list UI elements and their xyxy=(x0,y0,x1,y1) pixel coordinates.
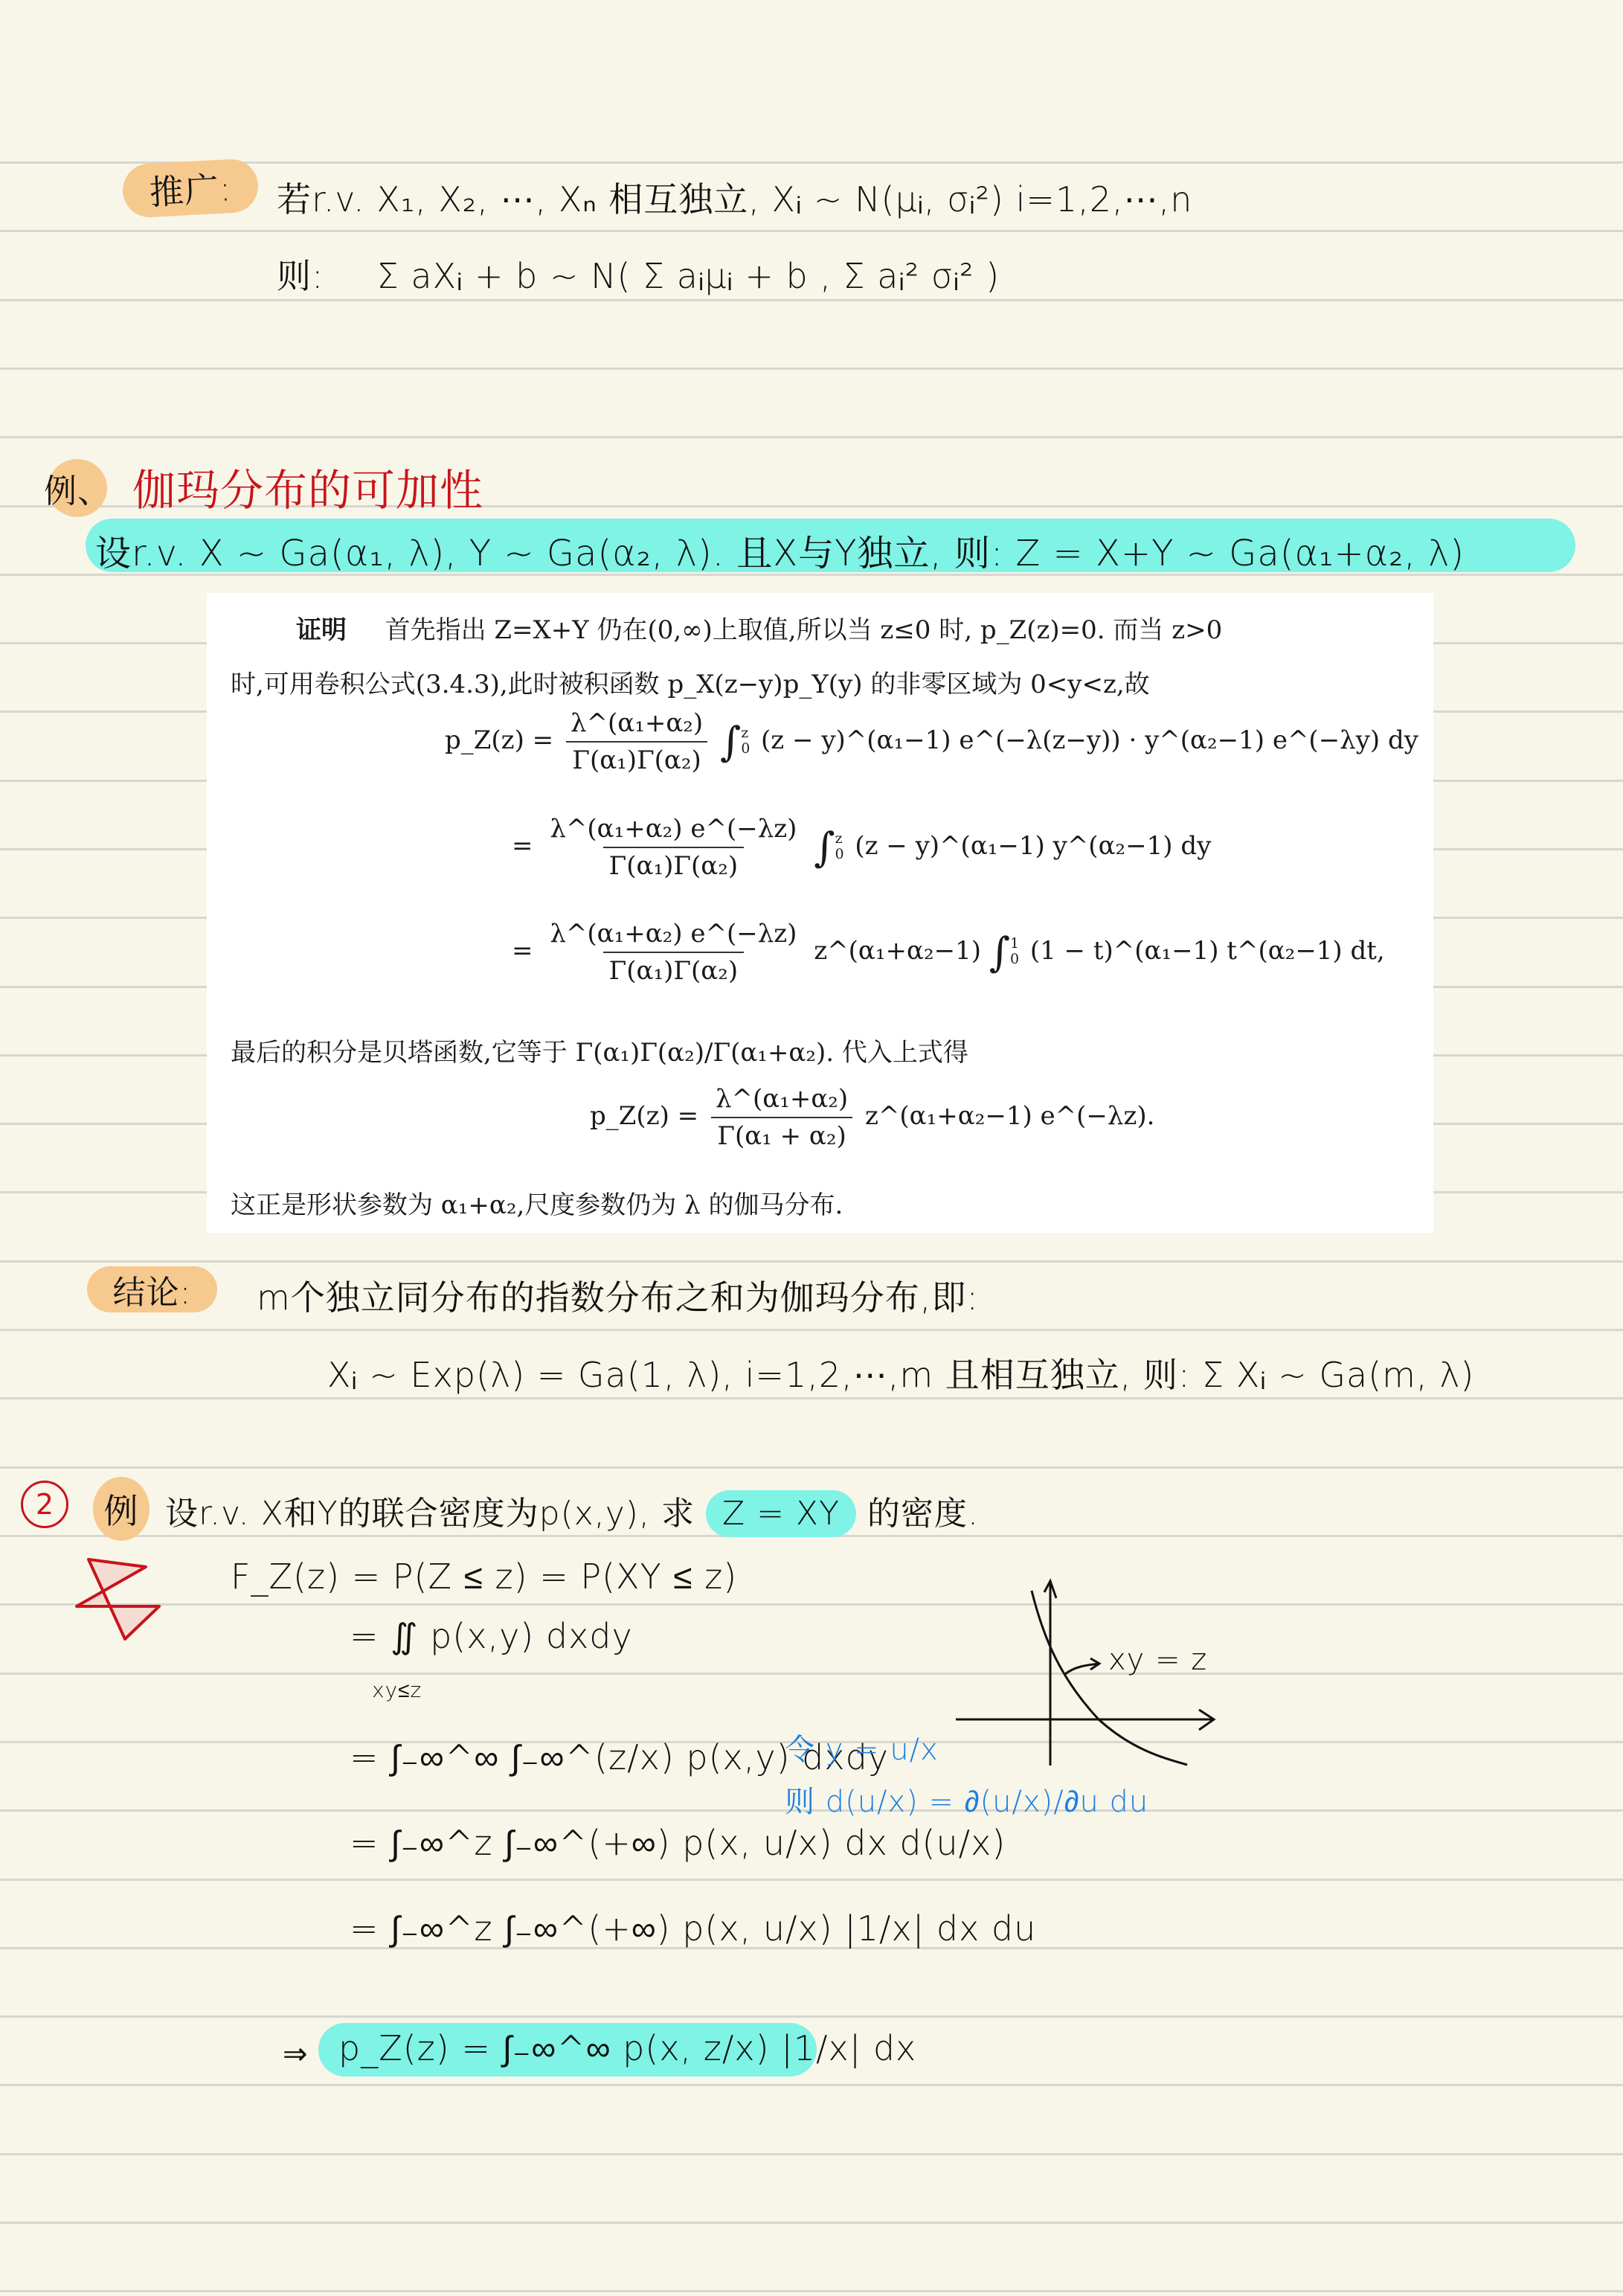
conclusion-line1: m个独立同分布的指数分布之和为伽玛分布,即: xyxy=(257,1271,979,1320)
ruled-line xyxy=(0,2290,1623,2292)
implies-arrow: ⇒ xyxy=(283,2037,309,2071)
ruled-line xyxy=(0,2222,1623,2224)
proof-paragraph-4: 这正是形状参数为 α₁+α₂,尺度参数仍为 λ 的伽马分布. xyxy=(231,1184,843,1221)
example-title: 伽玛分布的可加性 xyxy=(132,455,483,518)
proof-equation-4: p_Z(z) = λ^(α₁+α₂)Γ(α₁ + α₂) z^(α₁+α₂−1)… xyxy=(590,1084,1154,1151)
proof-paragraph-1: 首先指出 Z=X+Y 仍在(0,∞)上取值,所以当 z≤0 时, p_Z(z)=… xyxy=(385,615,1223,645)
example2-tag: 例 xyxy=(93,1477,150,1541)
proof-equation-1: p_Z(z) = λ^(α₁+α₂)Γ(α₁)Γ(α₂) ∫z0 (z − y)… xyxy=(445,708,1418,775)
generalization-line1: 若r.v. X₁, X₂, ⋯, Xₙ 相互独立, Xᵢ ~ N(μᵢ, σᵢ²… xyxy=(277,173,1192,222)
ruled-line xyxy=(0,2016,1623,2018)
target-variable-highlight: Z = XY xyxy=(706,1490,856,1537)
proof-paragraph-2: 时,可用卷积公式(3.4.3),此时被积函数 p_X(z−y)p_Y(y) 的非… xyxy=(231,664,1150,700)
derivation-step-2-domain: xy≤z xyxy=(372,1678,422,1702)
ruled-line xyxy=(0,1260,1623,1263)
derivation-step-1: F_Z(z) = P(Z ≤ z) = P(XY ≤ z) xyxy=(231,1556,737,1597)
conclusion-tag: 结论: xyxy=(87,1266,217,1312)
ruled-line xyxy=(0,1329,1623,1331)
circled-number-icon: 2 xyxy=(21,1481,68,1528)
ruled-line xyxy=(0,368,1623,370)
linear-combination-formula: Σ aXᵢ + b ~ N( Σ aᵢμᵢ + b , Σ aᵢ² σᵢ² ) xyxy=(377,256,1000,296)
conclusion-line2: Xᵢ ~ Exp(λ) = Ga(1, λ), i=1,2,⋯,m 且相互独立,… xyxy=(327,1348,1474,1397)
example-tag: 例、 xyxy=(48,459,107,517)
ruled-line xyxy=(0,1879,1623,1881)
star-icon xyxy=(71,1555,167,1644)
generalization-line2: 则: Σ aXᵢ + b ~ N( Σ aᵢμᵢ + b , Σ aᵢ² σᵢ²… xyxy=(277,249,1000,298)
proof-equation-2: = λ^(α₁+α₂) e^(−λz)Γ(α₁)Γ(α₂) ∫z0 (z − y… xyxy=(512,814,1211,881)
ruled-line xyxy=(0,2084,1623,2086)
ruled-line xyxy=(0,1397,1623,1399)
ruled-line xyxy=(0,436,1623,438)
derivation-step-5: = ∫₋∞^z ∫₋∞^(+∞) p(x, u/x) |1/x| dx du xyxy=(350,1908,1036,1949)
result-formula: p_Z(z) = ∫₋∞^∞ p(x, z/x) |1/x| dx xyxy=(338,2028,916,2068)
ruled-line xyxy=(0,230,1623,232)
derivation-step-2: = ∬ p(x,y) dxdy xyxy=(350,1616,633,1656)
example-statement: 设r.v. X ~ Ga(α₁, λ), Y ~ Ga(α₂, λ). 且X与Y… xyxy=(95,525,1465,576)
ruled-line xyxy=(0,299,1623,301)
proof-paragraph-3: 最后的积分是贝塔函数,它等于 Γ(α₁)Γ(α₂)/Γ(α₁+α₂). 代入上式… xyxy=(231,1032,968,1068)
substitution-note-1: 令 y = u/x xyxy=(785,1726,939,1769)
ruled-line xyxy=(0,1603,1623,1606)
generalization-tag: 推广: xyxy=(121,158,260,218)
example2-statement: 设r.v. X和Y的联合密度为p(x,y), 求 Z = XY 的密度. xyxy=(165,1487,979,1534)
ruled-line xyxy=(0,1466,1623,1469)
proof-label: 证明 xyxy=(296,615,347,645)
ruled-line xyxy=(0,1673,1623,1675)
then-label: 则: xyxy=(277,256,324,296)
ruled-line xyxy=(0,2153,1623,2155)
proof-equation-3: = λ^(α₁+α₂) e^(−λz)Γ(α₁)Γ(α₂) z^(α₁+α₂−1… xyxy=(512,919,1385,986)
derivation-step-4: = ∫₋∞^z ∫₋∞^(+∞) p(x, u/x) dx d(u/x) xyxy=(350,1823,1006,1863)
hyperbola-label: xy = z xyxy=(1108,1643,1207,1677)
textbook-proof-excerpt: 证明 首先指出 Z=X+Y 仍在(0,∞)上取值,所以当 z≤0 时, p_Z(… xyxy=(207,593,1433,1233)
